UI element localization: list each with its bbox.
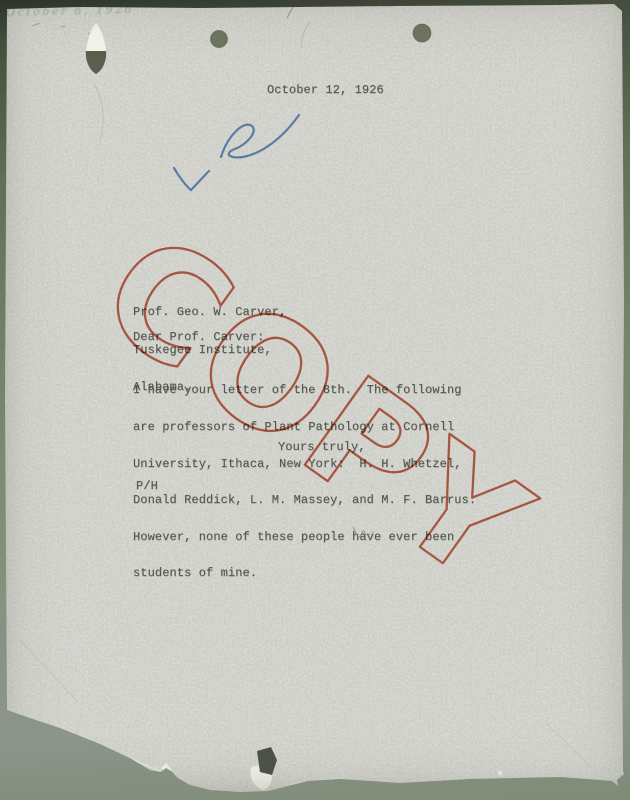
body-line: I have your letter of the 8th. The follo… — [133, 384, 476, 396]
recipient-line: Prof. Geo. W. Carver, — [133, 306, 286, 319]
body-line: Donald Reddick, L. M. Massey, and M. F. … — [133, 494, 476, 506]
letter-body: I have your letter of the 8th. The follo… — [133, 360, 476, 604]
top-tear — [86, 23, 106, 74]
bottom-tear — [100, 746, 502, 790]
recipient-line: Tuskegee Institute, — [133, 344, 286, 357]
body-line: are professors of Plant Pathology at Cor… — [133, 421, 476, 433]
letter-date: October 12, 1926 — [267, 84, 384, 96]
salutation: Dear Prof. Carver: — [133, 331, 264, 343]
punch-hole-right — [413, 24, 431, 42]
closing: Yours truly, — [278, 441, 366, 453]
typist-initials: P/H — [136, 480, 158, 492]
body-line: students of mine. — [133, 567, 476, 579]
pencil-note: October 8, 1926 — [6, 2, 166, 19]
body-line: However, none of these people have ever … — [133, 531, 476, 543]
punch-hole-left — [211, 31, 228, 48]
photo-of-letter: { "letter": { "date": "October 12, 1926"… — [0, 0, 630, 800]
pencil-ticks — [32, 23, 93, 34]
blue-ink-mark — [174, 115, 299, 190]
letter-paper: October 8, 1926 October 12, 1926 Prof. G… — [0, 0, 630, 800]
body-line: University, Ithaca, New York: H. H. Whet… — [133, 458, 476, 470]
